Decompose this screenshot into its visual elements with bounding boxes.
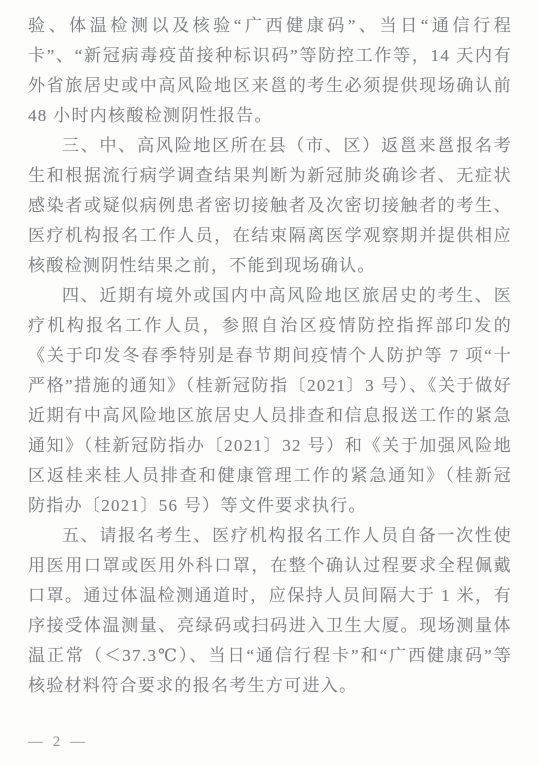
body-paragraph: 四、近期有境外或国内中高风险地区旅居史的考生、医疗机构报名工作人员，参照自治区疫… [28,281,512,521]
document-body: 验、体温检测以及核验“广西健康码”、当日“通信行程卡”、“新冠病毒疫苗接种标识码… [28,11,512,701]
body-paragraph: 五、请报名考生、医疗机构报名工作人员自备一次性使用医用口罩或医用外科口罩，在整个… [28,521,512,701]
document-page: 验、体温检测以及核验“广西健康码”、当日“通信行程卡”、“新冠病毒疫苗接种标识码… [0,0,539,765]
page-number: — 2 — [28,734,88,751]
body-paragraph: 验、体温检测以及核验“广西健康码”、当日“通信行程卡”、“新冠病毒疫苗接种标识码… [28,11,512,131]
body-paragraph: 三、中、高风险地区所在县（市、区）返邕来邕报名考生和根据流行病学调查结果判断为新… [28,131,512,281]
